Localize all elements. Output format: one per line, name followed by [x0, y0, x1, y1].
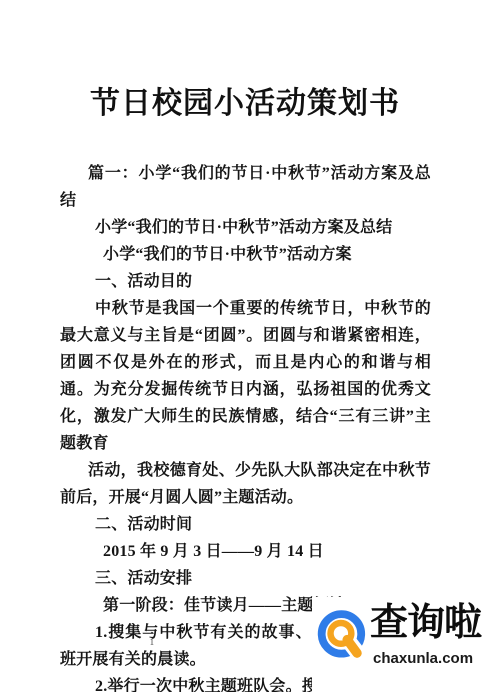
- doc-paragraph: 小学“我们的节日·中秋节”活动方案及总结: [60, 214, 431, 241]
- watermark-brand-text: 查询啦: [370, 600, 481, 648]
- watermark-domain-text: chaxunla.com: [373, 650, 473, 667]
- logo-lens-ring: [331, 623, 352, 644]
- doc-paragraph: 中秋节是我国一个重要的传统节日，中秋节的最大意义与主旨是“团圆”。团圆与和谐紧密…: [60, 295, 431, 457]
- doc-paragraph: 三、活动安排: [60, 565, 431, 592]
- document-title: 节日校园小活动策划书: [0, 78, 490, 122]
- doc-paragraph: 小学“我们的节日·中秋节”活动方案: [60, 241, 431, 268]
- doc-paragraph: 2015 年 9 月 3 日——9 月 14 日: [60, 538, 431, 565]
- doc-paragraph: 活动，我校德育处、少先队大队部决定在中秋节前后，开展“月圆人圆”主题活动。: [60, 457, 431, 511]
- doc-paragraph: 一、活动目的: [60, 268, 431, 295]
- watermark-chaxunla[interactable]: 查询啦 chaxunla.com: [312, 597, 490, 692]
- doc-paragraph: 篇一：小学“我们的节日·中秋节”活动方案及总结: [60, 160, 431, 214]
- magnifier-logo-icon: [317, 609, 369, 664]
- doc-paragraph: 二、活动时间: [60, 511, 431, 538]
- page-number: 1: [0, 637, 304, 647]
- document-page: 节日校园小活动策划书 篇一：小学“我们的节日·中秋节”活动方案及总结小学“我们的…: [0, 0, 490, 692]
